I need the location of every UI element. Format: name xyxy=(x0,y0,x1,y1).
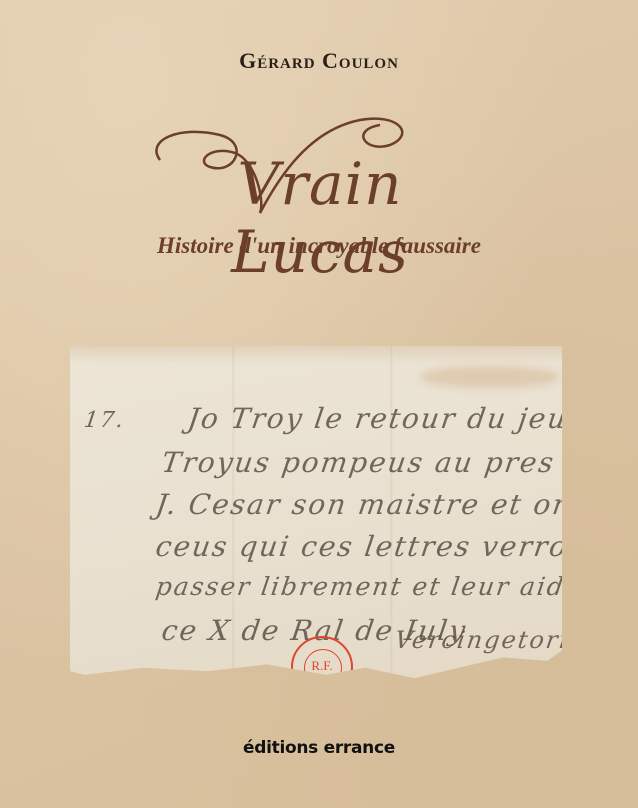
manuscript-line: passer librement et leur aider au besoin… xyxy=(154,572,638,601)
library-stamp: R.F. xyxy=(291,636,353,698)
book-subtitle: Histoire d'un incroyable faussaire xyxy=(0,233,638,259)
book-title: Vrain Lucas xyxy=(140,105,500,225)
manuscript-line: J. Cesar son maistre et ordonne a xyxy=(154,488,638,521)
book-title-text: Vrain Lucas xyxy=(140,150,500,286)
manuscript-line: Troyus pompeus au pres de l'empr. xyxy=(160,446,638,479)
publisher-logo: éditions errance xyxy=(0,738,638,758)
stamp-center-text: R.F. xyxy=(293,658,351,674)
manuscript-letter-image: 17. Jo Troy le retour du jeune Troyus po… xyxy=(70,346,562,692)
manuscript-line: ceus qui ces lettres verront le laisser xyxy=(154,530,638,563)
manuscript-line: Jo Troy le retour du jeune xyxy=(186,402,609,435)
margin-mark: 17. xyxy=(82,408,127,433)
author-name: Gérard Coulon xyxy=(0,48,638,74)
signature: Vercingetorix xyxy=(393,626,587,654)
